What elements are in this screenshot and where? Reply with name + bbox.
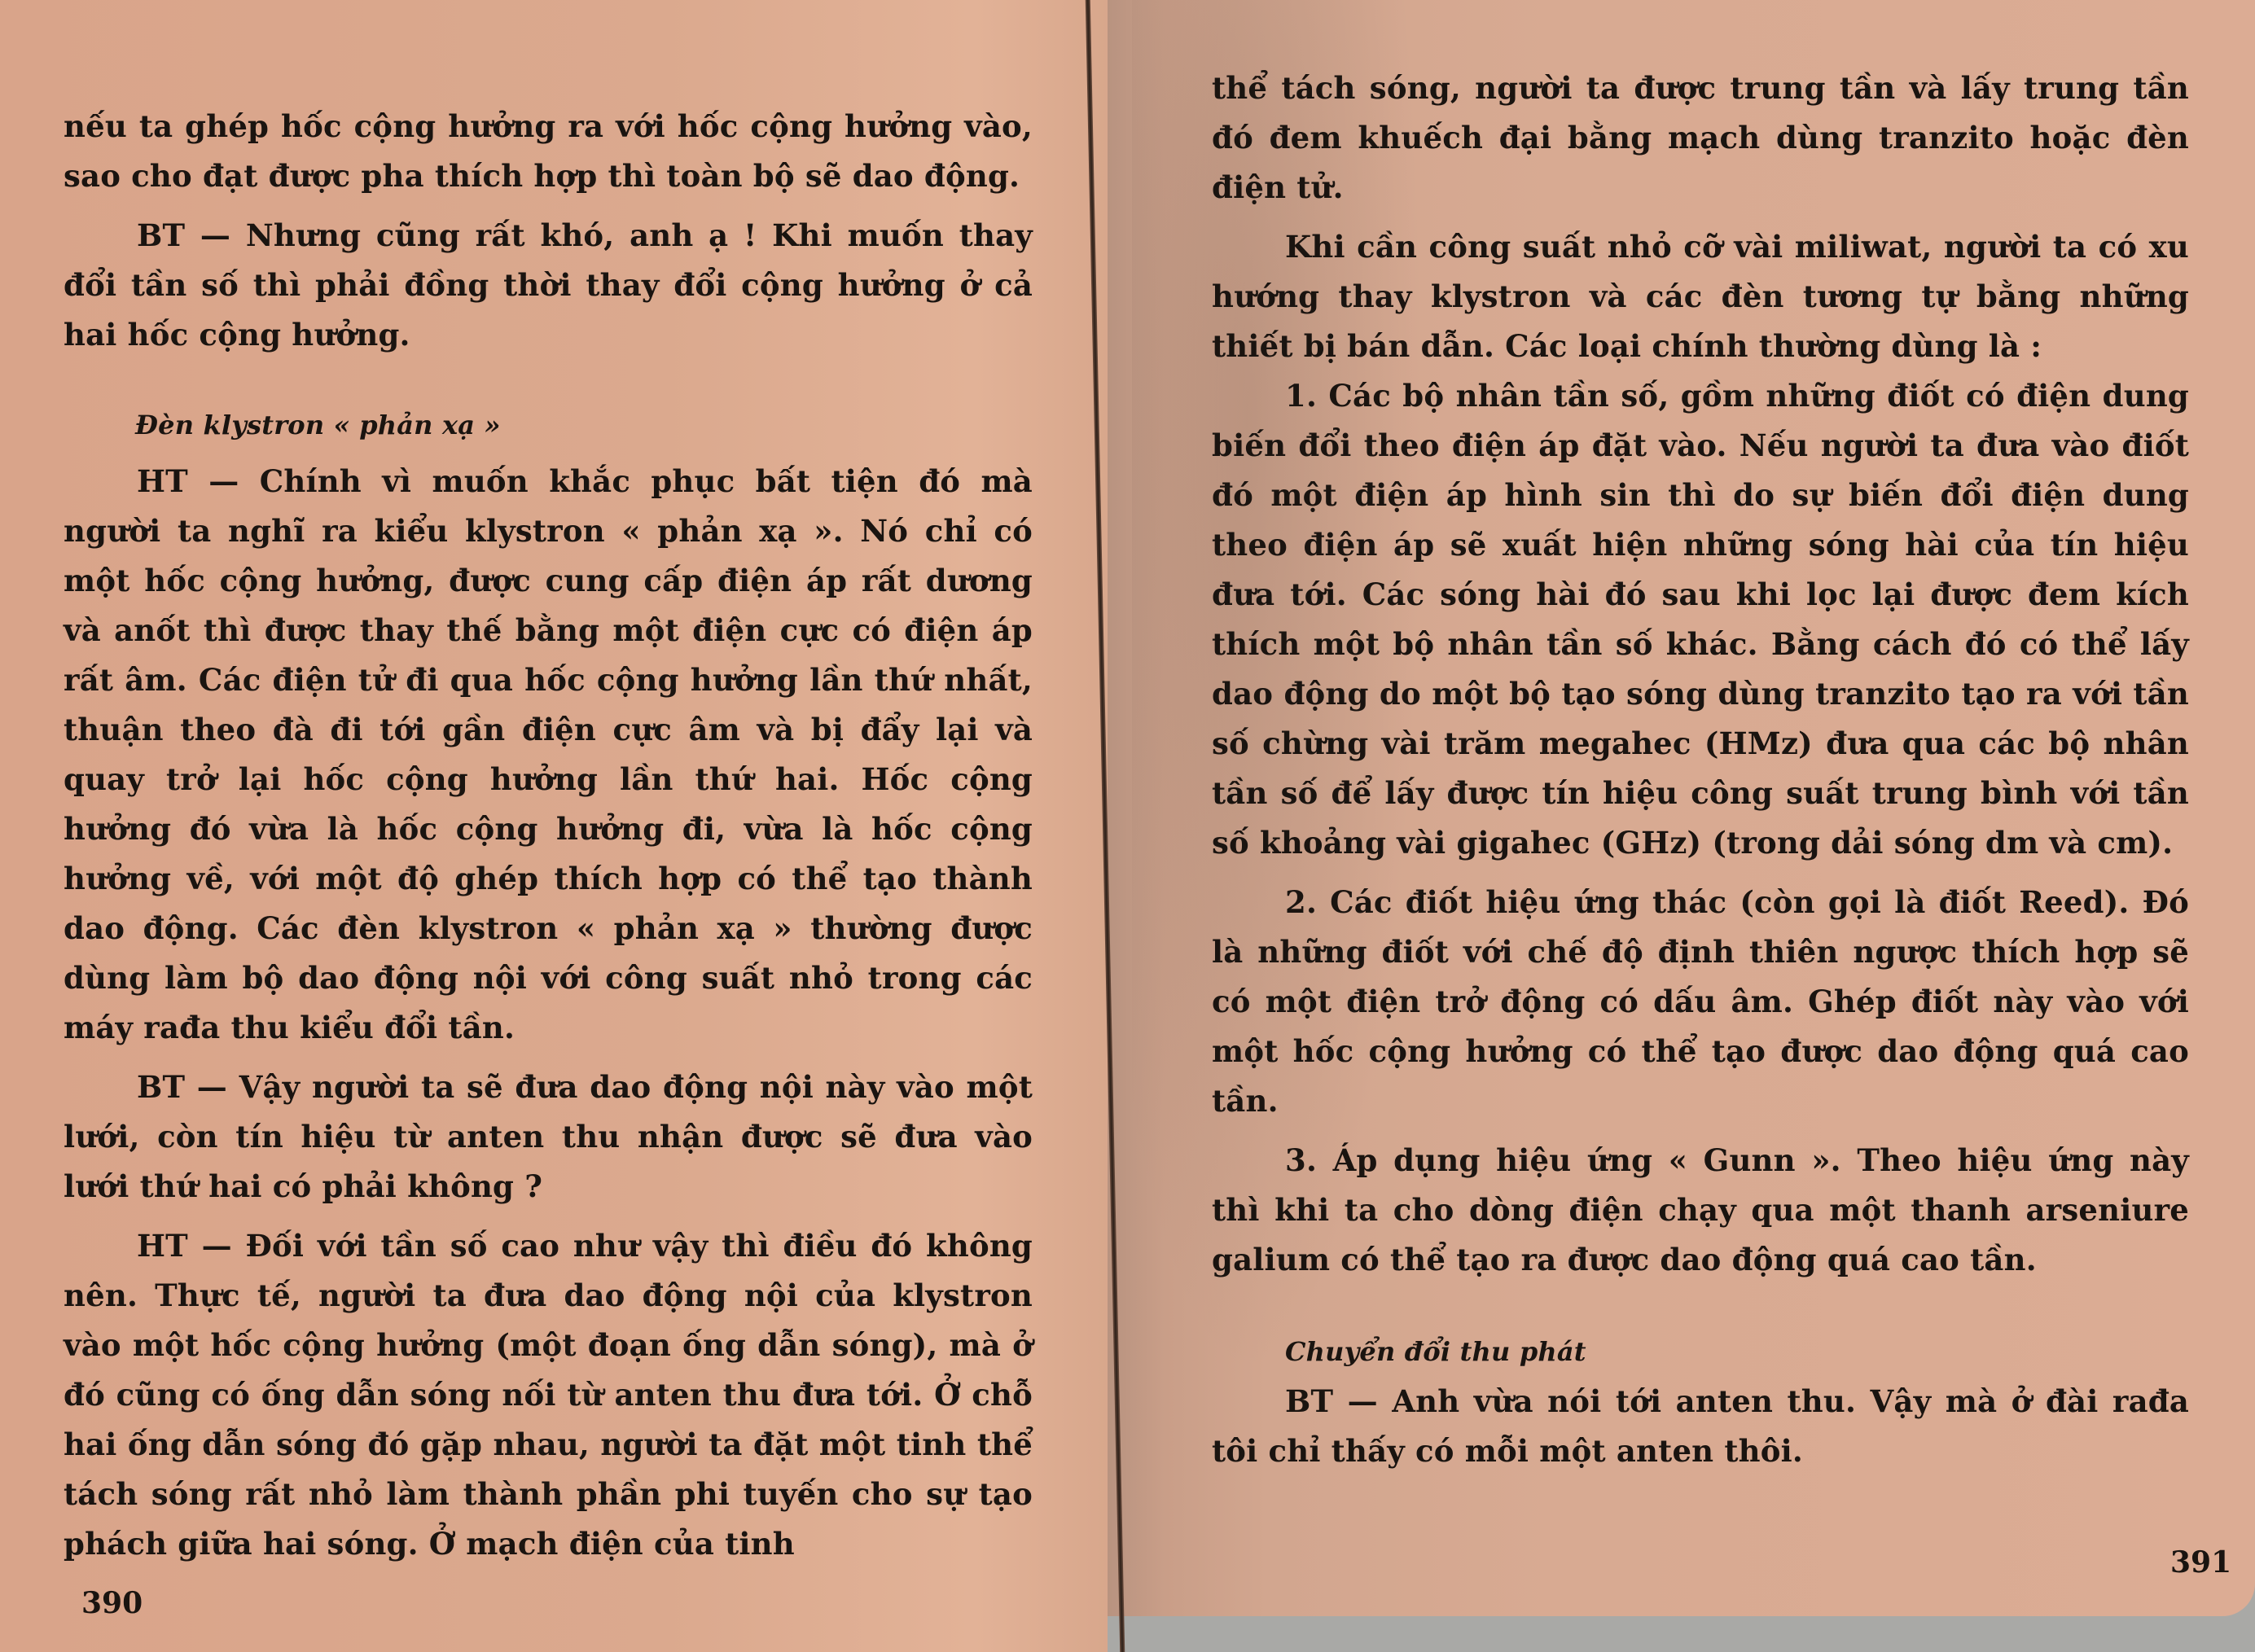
paragraph: nếu ta ghép hốc cộng hưởng ra với hốc cộ… bbox=[64, 102, 1033, 201]
left-page: nếu ta ghép hốc cộng hưởng ra với hốc cộ… bbox=[0, 0, 1108, 1652]
paragraph-bt: BT — Vậy người ta sẽ đưa dao động nội nà… bbox=[64, 1063, 1033, 1212]
paragraph-bt: BT — Nhưng cũng rất khó, anh ạ ! Khi muố… bbox=[64, 211, 1033, 360]
list-item-1: 1. Các bộ nhân tần số, gồm những điốt có… bbox=[1212, 371, 2189, 868]
right-page: thể tách sóng, người ta được trung tần v… bbox=[1108, 0, 2255, 1616]
right-page-text: thể tách sóng, người ta được trung tần v… bbox=[1212, 64, 2189, 1476]
paragraph-ht: HT — Chính vì muốn khắc phục bất tiện đó… bbox=[64, 457, 1033, 1053]
paragraph-bt: BT — Anh vừa nói tới anten thu. Vậy mà ở… bbox=[1212, 1377, 2189, 1476]
page-number: 390 bbox=[81, 1586, 143, 1620]
paragraph: thể tách sóng, người ta được trung tần v… bbox=[1212, 64, 2189, 213]
page-number: 391 bbox=[2170, 1545, 2231, 1580]
book-spread: nếu ta ghép hốc cộng hưởng ra với hốc cộ… bbox=[0, 0, 2255, 1652]
left-page-text: nếu ta ghép hốc cộng hưởng ra với hốc cộ… bbox=[64, 102, 1033, 1569]
list-item-3: 3. Áp dụng hiệu ứng « Gunn ». Theo hiệu … bbox=[1212, 1136, 2189, 1285]
list-item-2: 2. Các điốt hiệu ứng thác (còn gọi là đi… bbox=[1212, 878, 2189, 1126]
section-heading: Chuyển đổi thu phát bbox=[1212, 1327, 2189, 1377]
paragraph: Khi cần công suất nhỏ cỡ vài miliwat, ng… bbox=[1212, 222, 2189, 371]
section-heading: Đèn klystron « phản xạ » bbox=[64, 401, 1033, 450]
paragraph-ht: HT — Đối với tần số cao như vậy thì điều… bbox=[64, 1221, 1033, 1569]
